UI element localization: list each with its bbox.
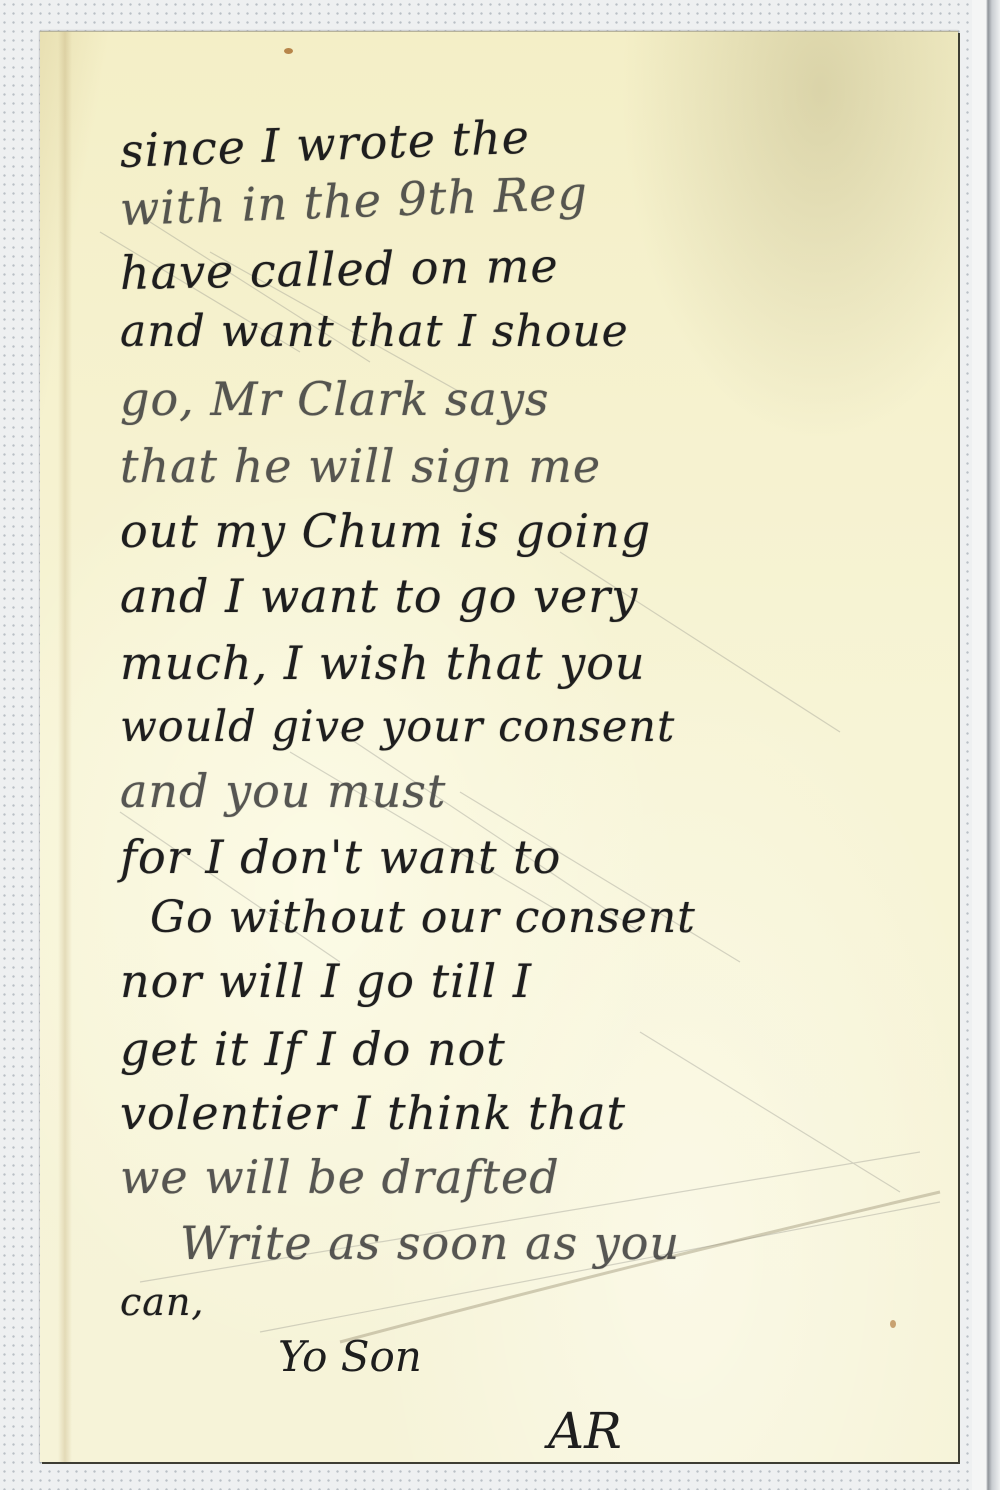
signature: AR: [548, 1402, 622, 1460]
letter-line: volentier I think that: [120, 1086, 626, 1140]
letter-line: can,: [120, 1280, 205, 1324]
letter-line: we will be drafted: [120, 1150, 560, 1204]
letter-line: for I don't want to: [120, 830, 561, 884]
letter-line: since I wrote the: [119, 110, 531, 178]
letter-line: go, Mr Clark says: [120, 372, 550, 426]
letter-line: and want that I shoue: [120, 306, 629, 357]
paper-fold: [58, 32, 72, 1462]
letter-line: have called on me: [120, 238, 559, 300]
letter-line: with in the 9th Reg: [119, 166, 589, 236]
ink-stain: [284, 48, 293, 54]
letter-line: Go without our consent: [150, 892, 696, 943]
letter-page: since I wrote the with in the 9th Reg ha…: [40, 31, 958, 1462]
letter-line: and you must: [120, 764, 446, 818]
letter-line: Write as soon as you: [180, 1216, 680, 1270]
letter-line: that he will sign me: [120, 439, 601, 493]
letter-line: much, I wish that you: [120, 636, 646, 690]
letter-closing: Yo Son: [278, 1332, 422, 1381]
letter-line: out my Chum is going: [120, 504, 651, 558]
letter-line: would give your consent: [120, 702, 675, 752]
scanner-edge: [972, 0, 1000, 1490]
ink-stain: [890, 1320, 896, 1328]
letter-line: nor will I go till I: [120, 954, 532, 1008]
letter-line: get it If I do not: [120, 1022, 506, 1076]
letter-line: and I want to go very: [120, 569, 638, 623]
